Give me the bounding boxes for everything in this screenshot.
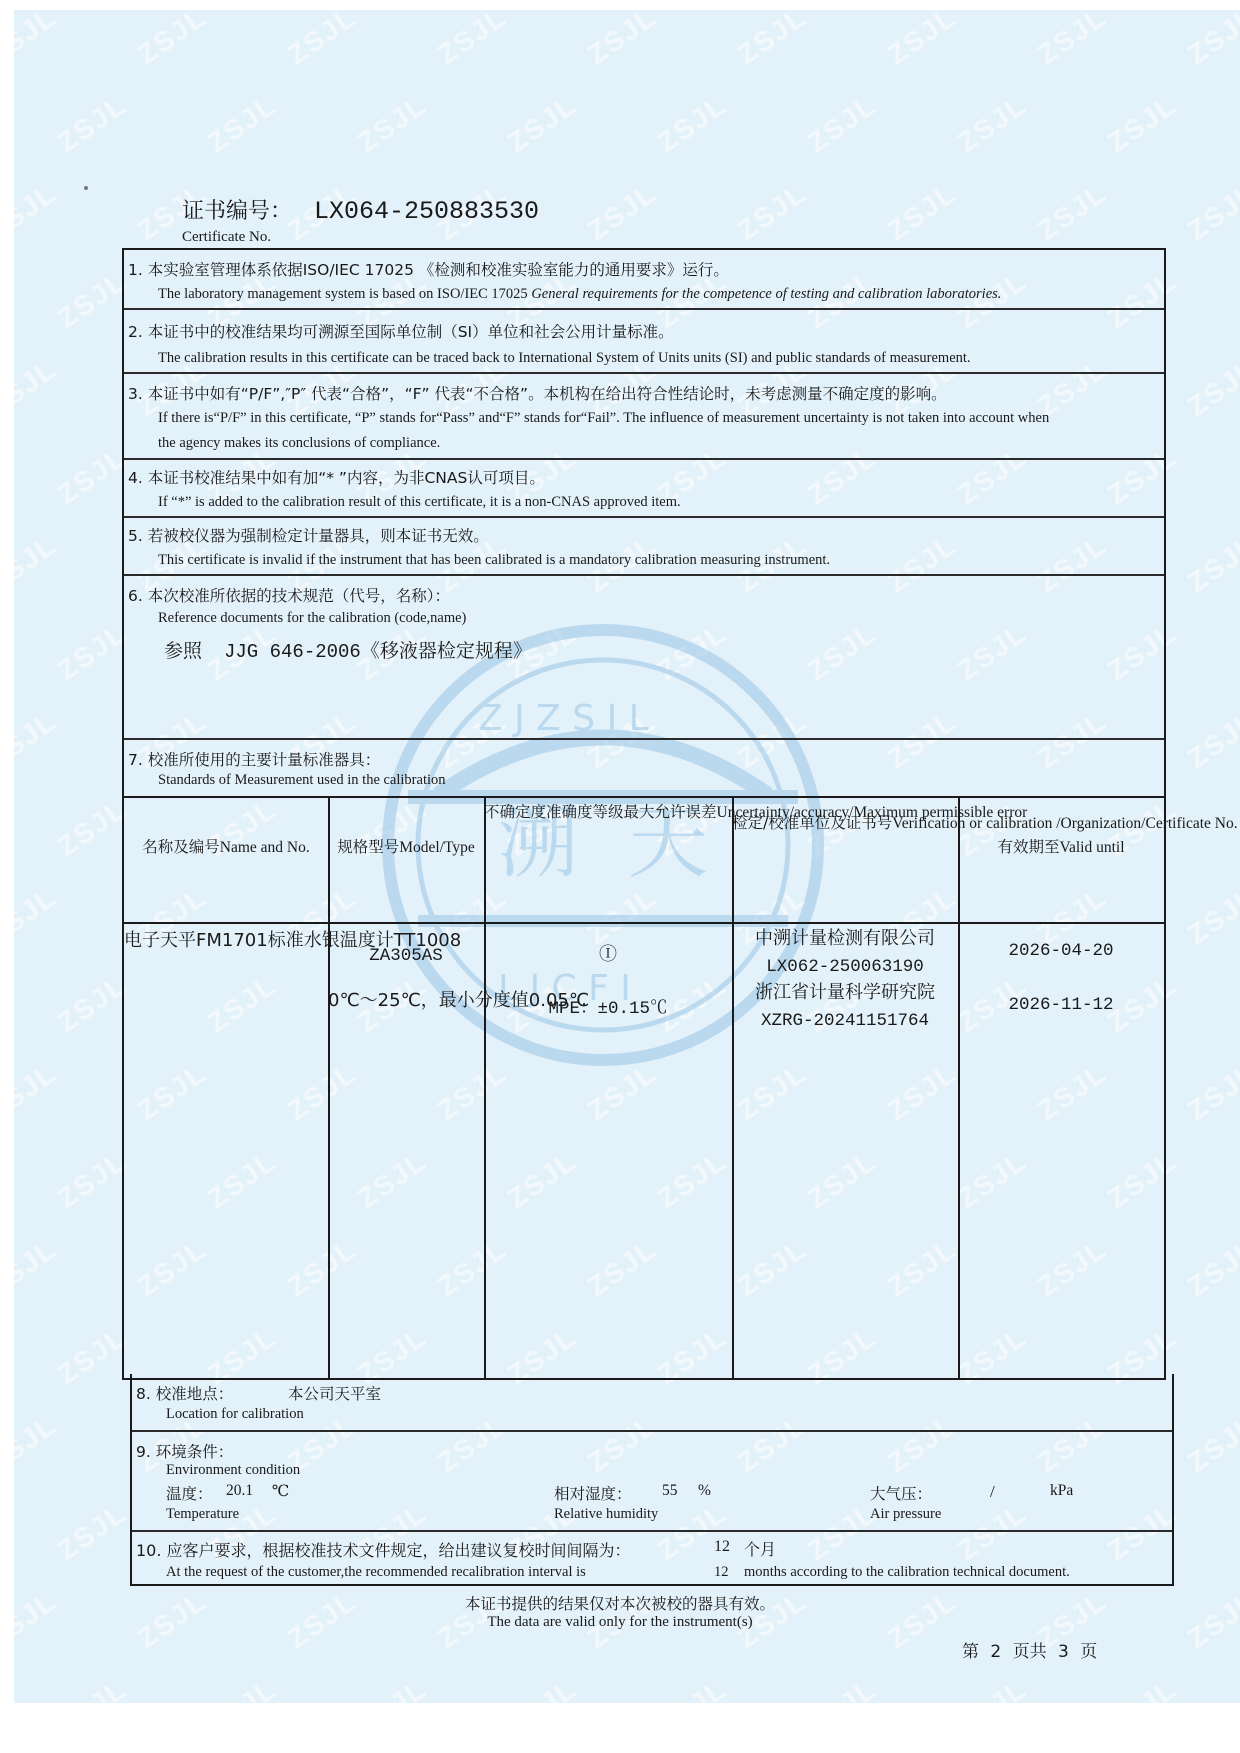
section-10-zh: 10. 应客户要求，根据校准技术文件规定，给出建议复校时间间隔为： (136, 1538, 631, 1561)
watermark-text: ZSJL (0, 529, 63, 599)
section-3: 3. 本证书中如有“P/F”,″P″ 代表“合格”，“F” 代表“不合格”。本机… (124, 374, 1164, 460)
section-10: 10. 应客户要求，根据校准技术文件规定，给出建议复校时间间隔为： 12 个月 … (132, 1532, 1172, 1584)
watermark-text: ZSJL (1182, 1233, 1240, 1303)
watermark-text: ZSJL (1032, 177, 1113, 247)
pressure-label-en: Air pressure (870, 1506, 941, 1523)
section-5-en: This certificate is invalid if the instr… (158, 552, 830, 569)
section-8-zh: 8. 校准地点： (136, 1382, 233, 1404)
watermark-text: ZSJL (882, 1, 963, 71)
section-10-en: At the request of the customer,the recom… (166, 1564, 586, 1581)
watermark-text: ZSJL (432, 1, 513, 71)
recalibration-interval-unit-en: months according to the calibration tech… (744, 1564, 1070, 1581)
section-6-zh: 6. 本次校准所依据的技术规范（代号，名称）： (128, 584, 450, 606)
reference-prefix: 参照 (164, 636, 202, 663)
section-4: 4. 本证书校准结果中如有加“* ”内容，为非CNAS认可项目。 If “*” … (124, 460, 1164, 518)
section-6: 6. 本次校准所依据的技术规范（代号，名称）： Reference docume… (124, 576, 1164, 740)
watermark-text: ZSJL (582, 177, 663, 247)
watermark-text: ZSJL (52, 1497, 133, 1567)
watermark-text: ZSJL (52, 793, 133, 863)
section-3-en-line2: the agency makes its conclusions of comp… (158, 435, 440, 452)
section-1: 1. 本实验室管理体系依据ISO/IEC 17025 《检测和校准实验室能力的通… (124, 250, 1164, 310)
validity-note-zh: 本证书提供的结果仅对本次被校的器具有效。 (0, 1592, 1240, 1614)
humidity-label-en: Relative humidity (554, 1506, 658, 1523)
watermark-text: ZSJL (732, 1, 813, 71)
watermark-text: ZSJL (352, 89, 433, 159)
watermark-text: ZSJL (282, 1, 363, 71)
section-2: 2. 本证书中的校准结果均可溯源至国际单位制（SI）单位和社会公用计量标准。 T… (124, 310, 1164, 374)
watermark-text: ZSJL (1182, 881, 1240, 951)
temperature-label-en: Temperature (166, 1506, 239, 1523)
section-5-zh: 5. 若被校仪器为强制检定计量器具，则本证书无效。 (128, 524, 489, 546)
section-3-en-line1: If there is“P/F” in this certificate, “P… (158, 410, 1049, 427)
standard-name-cell: 电子天平FM1701标准水银温度计TT1008 (124, 926, 328, 956)
temperature-label: 温度： (166, 1482, 213, 1504)
temperature-value: 20.1 (226, 1482, 253, 1500)
watermark-text: ZSJL (202, 89, 283, 159)
watermark-text: ZSJL (1182, 1409, 1240, 1479)
valid-until-cell: 2026-11-12 (958, 990, 1164, 1020)
watermark-text: ZSJL (502, 1673, 583, 1743)
section-1-en: The laboratory management system is base… (158, 286, 1001, 303)
pressure-value: / (990, 1482, 995, 1502)
section-4-zh: 4. 本证书校准结果中如有加“* ”内容，为非CNAS认可项目。 (128, 466, 545, 488)
calibration-location: 本公司天平室 (288, 1382, 381, 1404)
watermark-text: ZSJL (52, 617, 133, 687)
section-7-zh: 7. 校准所使用的主要计量标准器具： (128, 748, 380, 770)
model-cell: 0℃～25℃，最小分度值0.05℃ (328, 986, 484, 1016)
watermark-text: ZSJL (1102, 1673, 1183, 1743)
watermark-text: ZSJL (0, 1057, 63, 1127)
section-9: 9. 环境条件： Environment condition 温度： 20.1 … (132, 1432, 1172, 1532)
pressure-unit: kPa (1050, 1482, 1073, 1500)
watermark-text: ZSJL (0, 1, 63, 71)
validity-note-en: The data are valid only for the instrume… (0, 1614, 1240, 1631)
watermark-text: ZSJL (1182, 1, 1240, 71)
watermark-text: ZSJL (1102, 89, 1183, 159)
table-header-cell: 检定/校准单位及证书号Verification or calibration /… (732, 811, 958, 836)
watermark-text: ZSJL (52, 1321, 133, 1391)
section-2-en: The calibration results in this certific… (158, 350, 971, 367)
watermark-text: ZSJL (0, 705, 63, 775)
table-header-cell: 有效期至Valid until (958, 835, 1164, 860)
watermark-text: ZSJL (1032, 1, 1113, 71)
watermark-text: ZSJL (52, 1145, 133, 1215)
watermark-text: ZSJL (1182, 177, 1240, 247)
section-5: 5. 若被校仪器为强制检定计量器具，则本证书无效。 This certifica… (124, 518, 1164, 576)
accuracy-cell: Ⓘ (484, 940, 732, 970)
watermark-text: ZSJL (1182, 353, 1240, 423)
section-1-zh: 1. 本实验室管理体系依据ISO/IEC 17025 《检测和校准实验室能力的通… (128, 258, 729, 280)
conditions-frame: 8. 校准地点： 本公司天平室 Location for calibration… (130, 1374, 1174, 1586)
section-2-zh: 2. 本证书中的校准结果均可溯源至国际单位制（SI）单位和社会公用计量标准。 (128, 320, 674, 342)
certificate-number-value: LX064-250883530 (314, 197, 539, 226)
watermark-text: ZSJL (952, 1673, 1033, 1743)
watermark-text: ZSJL (652, 89, 733, 159)
recalibration-interval-value-en: 12 (714, 1564, 729, 1581)
pressure-label: 大气压： (870, 1482, 932, 1504)
watermark-text: ZSJL (52, 441, 133, 511)
watermark-text: ZSJL (352, 1673, 433, 1743)
watermark-text: ZSJL (202, 1673, 283, 1743)
recalibration-interval-unit: 个月 (744, 1537, 776, 1560)
certificate-no-cell: XZRG-20241151764 (732, 1006, 958, 1036)
scan-speck (84, 186, 88, 190)
page-indicator: 第 2 页共 3 页 (962, 1637, 1097, 1662)
model-cell: ZA305AS (328, 941, 484, 971)
section-6-en: Reference documents for the calibration … (158, 610, 466, 627)
watermark-text: ZSJL (732, 177, 813, 247)
section-7-en: Standards of Measurement used in the cal… (158, 772, 446, 789)
watermark-text: ZSJL (52, 89, 133, 159)
standards-table: 名称及编号Name and No.规格型号Model/Type不确定度准确度等级… (124, 796, 1164, 1378)
table-header-cell: 不确定度准确度等级最大允许误差Uncertainty/accuracy/Maxi… (484, 800, 732, 825)
organization-cell: 浙江省计量科学研究院 (732, 978, 958, 1008)
section-3-zh: 3. 本证书中如有“P/F”,″P″ 代表“合格”，“F” 代表“不合格”。本机… (128, 382, 947, 404)
watermark-text: ZSJL (0, 177, 63, 247)
watermark-text: ZSJL (52, 265, 133, 335)
certificate-number-label: 证书编号： (182, 199, 292, 224)
watermark-text: ZSJL (52, 969, 133, 1039)
statement-frame: 1. 本实验室管理体系依据ISO/IEC 17025 《检测和校准实验室能力的通… (122, 248, 1166, 1380)
humidity-unit: % (698, 1482, 711, 1500)
watermark-text: ZSJL (0, 881, 63, 951)
watermark-text: ZSJL (802, 1673, 883, 1743)
watermark-text: ZSJL (652, 1673, 733, 1743)
organization-cell: 中溯计量检测有限公司 (732, 924, 958, 954)
watermark-text: ZSJL (1182, 705, 1240, 775)
reference-document: JJG 646-2006《移液器检定规程》 (224, 636, 532, 663)
section-4-en: If “*” is added to the calibration resul… (158, 494, 681, 511)
table-header-cell: 规格型号Model/Type (328, 835, 484, 860)
section-8: 8. 校准地点： 本公司天平室 Location for calibration (132, 1374, 1172, 1432)
section-9-en: Environment condition (166, 1462, 300, 1479)
watermark-text: ZSJL (1182, 529, 1240, 599)
temperature-unit: ℃ (272, 1482, 289, 1501)
certificate-number: 证书编号：LX064-250883530 (182, 194, 539, 226)
certificate-number-label-en: Certificate No. (182, 229, 271, 246)
watermark-text: ZSJL (882, 177, 963, 247)
watermark-text: ZSJL (802, 89, 883, 159)
watermark-text: ZSJL (132, 1, 213, 71)
table-header-cell: 名称及编号Name and No. (124, 835, 328, 860)
watermark-text: ZSJL (0, 1409, 63, 1479)
watermark-text: ZSJL (0, 353, 63, 423)
watermark-text: ZSJL (0, 1233, 63, 1303)
accuracy-cell: MPE：±0.15℃ (484, 994, 732, 1024)
watermark-text: ZSJL (952, 89, 1033, 159)
section-7: 7. 校准所使用的主要计量标准器具： Standards of Measurem… (124, 740, 1164, 1378)
watermark-text: ZSJL (1182, 1057, 1240, 1127)
watermark-text: ZSJL (582, 1, 663, 71)
recalibration-interval-value: 12 (714, 1538, 730, 1556)
humidity-value: 55 (662, 1482, 678, 1500)
watermark-text: ZSJL (502, 89, 583, 159)
humidity-label: 相对湿度： (554, 1482, 632, 1504)
section-9-zh: 9. 环境条件： (136, 1440, 233, 1462)
valid-until-cell: 2026-04-20 (958, 936, 1164, 966)
section-8-en: Location for calibration (166, 1406, 304, 1423)
watermark-text: ZSJL (52, 1673, 133, 1743)
